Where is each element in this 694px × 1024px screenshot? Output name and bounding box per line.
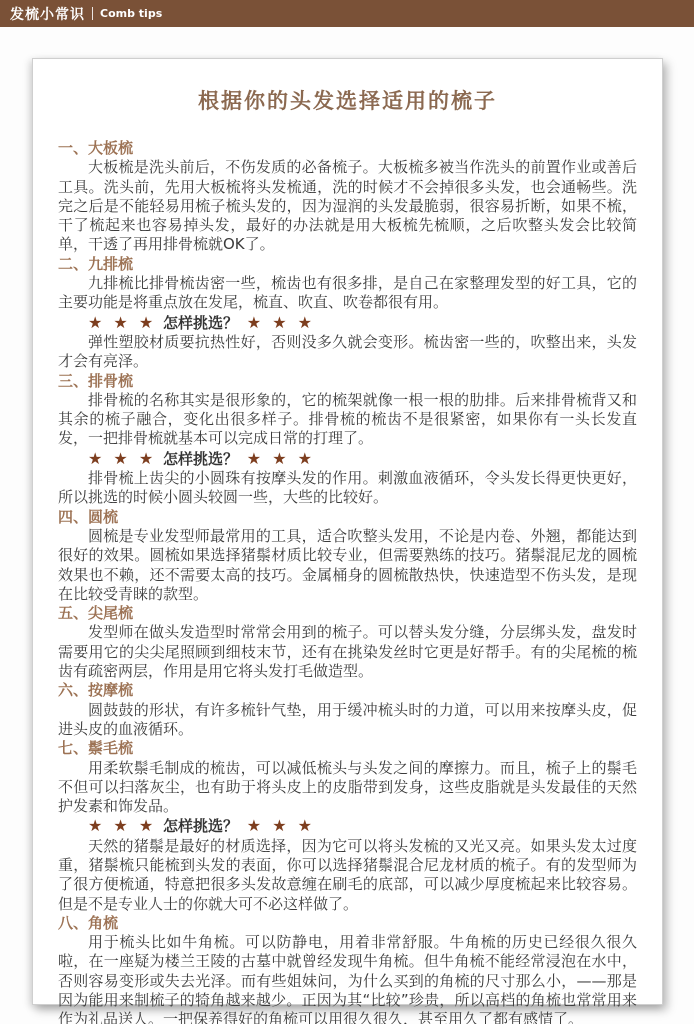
section-paragraph: 排骨梳的名称其实是很形象的，它的梳架就像一根一根的肋排。后来排骨梳背又和其余的梳… bbox=[58, 391, 637, 449]
section-paragraph: 发型师在做头发造型时常常会用到的梳子。可以替头发分缝，分层绑头发，盘发时需要用它… bbox=[58, 623, 637, 681]
section-paragraph: 弹性塑胶材质要抗热性好，否则没多久就会变形。梳齿密一些的，吹整出来，头发才会有亮… bbox=[58, 333, 637, 372]
section-heading: 七、鬃毛梳 bbox=[58, 739, 637, 758]
section-heading: 二、九排梳 bbox=[58, 255, 637, 274]
header-title-chinese: 发梳小常识 bbox=[10, 4, 85, 24]
section-paragraph: 用于梳头比如牛角梳。可以防静电，用着非常舒服。牛角梳的历史已经很久很久啦，在一座… bbox=[58, 933, 637, 1024]
star-rating-line: ★ ★ ★ 怎样挑选？ ★ ★ ★ bbox=[58, 313, 637, 333]
section-heading: 一、大板梳 bbox=[58, 139, 637, 158]
section-1-big-paddle-comb: 一、大板梳 大板梳是洗头前后，不伤发质的必备梳子。大板梳多被当作洗头的前置作业或… bbox=[58, 139, 637, 255]
document-page: 根据你的头发选择适用的梳子 一、大板梳 大板梳是洗头前后，不伤发质的必备梳子。大… bbox=[32, 58, 663, 1005]
section-3-rib-comb: 三、排骨梳 排骨梳的名称其实是很形象的，它的梳架就像一根一根的肋排。后来排骨梳背… bbox=[58, 372, 637, 508]
star-icons-left: ★ ★ ★ bbox=[88, 449, 156, 468]
section-7-bristle-comb: 七、鬃毛梳 用柔软鬃毛制成的梳齿，可以减低梳头与头发之间的摩擦力。而且，梳子上的… bbox=[58, 739, 637, 914]
section-5-tail-comb: 五、尖尾梳 发型师在做头发造型时常常会用到的梳子。可以替头发分缝，分层绑头发，盘… bbox=[58, 604, 637, 681]
star-line-label: 怎样挑选？ bbox=[163, 817, 238, 835]
header-bar: 发梳小常识 Comb tips bbox=[0, 0, 694, 27]
section-paragraph: 九排梳比排骨梳齿密一些，梳齿也有很多排，是自己在家整理发型的好工具，它的主要功能… bbox=[58, 274, 637, 313]
section-paragraph: 大板梳是洗头前后，不伤发质的必备梳子。大板梳多被当作洗头的前置作业或善后工具。洗… bbox=[58, 158, 637, 254]
section-heading: 五、尖尾梳 bbox=[58, 604, 637, 623]
section-heading: 六、按摩梳 bbox=[58, 681, 637, 700]
header-divider bbox=[92, 7, 93, 20]
section-heading: 八、角梳 bbox=[58, 914, 637, 933]
section-paragraph: 排骨梳上齿尖的小圆珠有按摩头发的作用。刺激血液循环，令头发长得更快更好，所以挑选… bbox=[58, 469, 637, 508]
star-icons-left: ★ ★ ★ bbox=[88, 816, 156, 835]
section-paragraph: 圆鼓鼓的形状，有许多梳针气垫，用于缓冲梳头时的力道，可以用来按摩头皮，促进头皮的… bbox=[58, 701, 637, 740]
star-icons-right: ★ ★ ★ bbox=[247, 313, 315, 332]
section-2-nine-row-comb: 二、九排梳 九排梳比排骨梳齿密一些，梳齿也有很多排，是自己在家整理发型的好工具，… bbox=[58, 255, 637, 372]
header-title-english: Comb tips bbox=[100, 7, 162, 20]
page-title: 根据你的头发选择适用的梳子 bbox=[33, 85, 662, 115]
section-heading: 三、排骨梳 bbox=[58, 372, 637, 391]
section-paragraph: 用柔软鬃毛制成的梳齿，可以减低梳头与头发之间的摩擦力。而且，梳子上的鬃毛不但可以… bbox=[58, 759, 637, 817]
star-rating-line: ★ ★ ★ 怎样挑选？ ★ ★ ★ bbox=[58, 449, 637, 469]
section-paragraph: 天然的猪鬃是最好的材质选择，因为它可以将头发梳的又光又亮。如果头发太过度重，猪鬃… bbox=[58, 837, 637, 914]
star-icons-left: ★ ★ ★ bbox=[88, 313, 156, 332]
section-heading: 四、圆梳 bbox=[58, 508, 637, 527]
star-line-label: 怎样挑选？ bbox=[163, 314, 238, 332]
section-paragraph: 圆梳是专业发型师最常用的工具，适合吹整头发用，不论是内卷、外翘，都能达到很好的效… bbox=[58, 527, 637, 604]
star-rating-line: ★ ★ ★ 怎样挑选？ ★ ★ ★ bbox=[58, 816, 637, 836]
star-line-label: 怎样挑选？ bbox=[163, 450, 238, 468]
page-content: 一、大板梳 大板梳是洗头前后，不伤发质的必备梳子。大板梳多被当作洗头的前置作业或… bbox=[33, 139, 662, 1024]
star-icons-right: ★ ★ ★ bbox=[247, 449, 315, 468]
section-6-massage-comb: 六、按摩梳 圆鼓鼓的形状，有许多梳针气垫，用于缓冲梳头时的力道，可以用来按摩头皮… bbox=[58, 681, 637, 739]
section-8-horn-comb: 八、角梳 用于梳头比如牛角梳。可以防静电，用着非常舒服。牛角梳的历史已经很久很久… bbox=[58, 914, 637, 1024]
star-icons-right: ★ ★ ★ bbox=[247, 816, 315, 835]
section-4-round-comb: 四、圆梳 圆梳是专业发型师最常用的工具，适合吹整头发用，不论是内卷、外翘，都能达… bbox=[58, 508, 637, 604]
